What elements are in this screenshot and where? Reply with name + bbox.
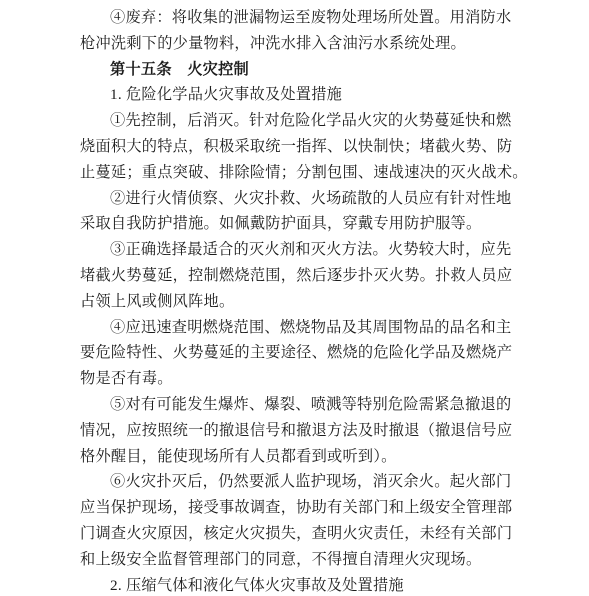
text-line: 要危险特性、火势蔓延的主要途径、燃烧的危险化学品及燃烧产 xyxy=(80,340,525,366)
text-line: 枪冲洗剩下的少量物料，冲洗水排入含油污水系统处理。 xyxy=(80,31,525,57)
text-line: ⑤对有可能发生爆炸、爆裂、喷溅等特别危险需紧急撤退的 xyxy=(80,392,525,418)
text-line: ①先控制，后消灭。针对危险化学品火灾的火势蔓延快和燃 xyxy=(80,108,525,134)
text-line: 堵截火势蔓延，控制燃烧范围，然后逐步扑灭火势。扑救人员应 xyxy=(80,263,525,289)
text-line: ④废弃：将收集的泄漏物运至废物处理场所处置。用消防水 xyxy=(80,5,525,31)
document-page: ④废弃：将收集的泄漏物运至废物处理场所处置。用消防水 枪冲洗剩下的少量物料，冲洗… xyxy=(0,0,589,596)
text-line: 和上级安全监督管理部门的同意，不得擅自清理火灾现场。 xyxy=(80,547,525,573)
text-line: ⑥火灾扑灭后，仍然要派人监护现场，消灭余火。起火部门 xyxy=(80,469,525,495)
text-line: 物是否有毒。 xyxy=(80,366,525,392)
text-line: 门调查火灾原因，核定火灾损失，查明火灾责任，未经有关部门 xyxy=(80,521,525,547)
text-line: 应当保护现场，接受事故调查，协助有关部门和上级安全管理部 xyxy=(80,495,525,521)
text-line: 烧面积大的特点，积极采取统一指挥、以快制快；堵截火势、防 xyxy=(80,134,525,160)
section-heading: 第十五条 火灾控制 xyxy=(80,57,525,83)
document-text-block: ④废弃：将收集的泄漏物运至废物处理场所处置。用消防水 枪冲洗剩下的少量物料，冲洗… xyxy=(80,5,525,596)
text-line: 情况，应按照统一的撤退信号和撤退方法及时撤退（撤退信号应 xyxy=(80,418,525,444)
text-line: ④应迅速查明燃烧范围、燃烧物品及其周围物品的品名和主 xyxy=(80,315,525,341)
text-line: ③正确选择最适合的灭火剂和灭火方法。火势较大时，应先 xyxy=(80,237,525,263)
text-line: ②进行火情侦察、火灾扑救、火场疏散的人员应有针对性地 xyxy=(80,186,525,212)
text-line: 采取自我防护措施。如佩戴防护面具，穿戴专用防护服等。 xyxy=(80,211,525,237)
list-item-heading: 2. 压缩气体和液化气体火灾事故及处置措施 xyxy=(80,573,525,596)
list-item-heading: 1. 危险化学品火灾事故及处置措施 xyxy=(80,82,525,108)
text-line: 占领上风或侧风阵地。 xyxy=(80,289,525,315)
text-line: 止蔓延；重点突破、排除险情；分割包围、速战速决的灭火战术。 xyxy=(80,160,525,186)
text-line: 格外醒目，能使现场所有人员都看到或听到）。 xyxy=(80,444,525,470)
